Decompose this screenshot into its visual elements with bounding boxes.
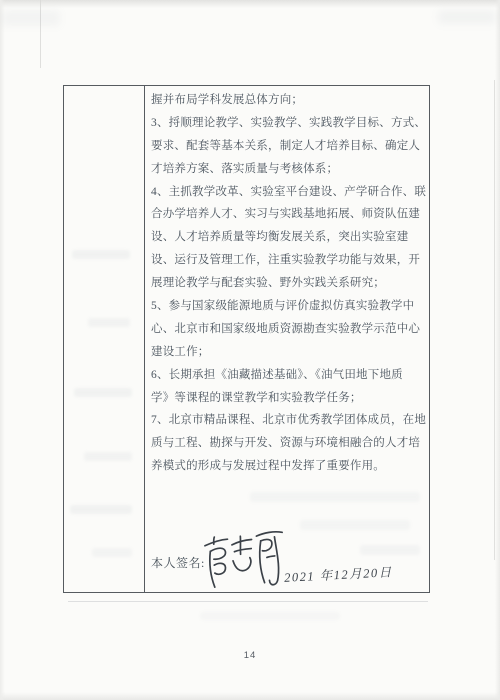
handwritten-date: 2021 年12月20日 <box>284 562 393 586</box>
content-line: 建设工作； <box>151 341 432 364</box>
form-table: 握并布局学科发展总体方向；3、捋顺理论教学、实验教学、实践教学目标、方式、要求、… <box>63 85 430 593</box>
bleed-through-artifact <box>2 10 60 26</box>
content-line: 展理论教学与配套实验、野外实践关系研究； <box>151 272 432 295</box>
content-line: 合办学培养人才、实习与实践基地拓展、师资队伍建 <box>151 203 432 226</box>
content-lines: 握并布局学科发展总体方向；3、捋顺理论教学、实验教学、实践教学目标、方式、要求、… <box>151 89 432 478</box>
scan-artifact-line <box>68 601 428 602</box>
content-line: 5、参与国家级能源地质与评价虚拟仿真实验教学中 <box>151 295 432 318</box>
content-line: 6、长期承担《油藏描述基础》、《油气田地下地质 <box>151 364 432 387</box>
content-line: 设、人才培养质量等均衡发展关系，突出实验室建 <box>151 226 432 249</box>
content-line: 学》等课程的课堂教学和实验教学任务； <box>151 387 432 410</box>
page-number: 14 <box>0 650 500 661</box>
signature-label: 本人签名: <box>151 554 205 571</box>
bleed-through-artifact <box>200 612 340 620</box>
content-line: 要求、配套等基本关系，制定人才培养目标、确定人 <box>151 135 432 158</box>
content-line: 握并布局学科发展总体方向； <box>151 89 432 112</box>
content-line: 心、北京市和国家级地质资源勘查实验教学示范中心 <box>151 318 432 341</box>
scan-artifact-line <box>494 80 495 560</box>
content-line: 质与工程、勘探与开发、资源与环境相融合的人才培 <box>151 432 432 455</box>
scan-edge-shadow-bottom <box>0 692 500 700</box>
scanned-document-page: 握并布局学科发展总体方向；3、捋顺理论教学、实验教学、实践教学目标、方式、要求、… <box>0 0 500 700</box>
scan-edge-shadow-top <box>0 0 500 8</box>
content-line: 设、运行及管理工作，注重实验教学功能与效果，开 <box>151 249 432 272</box>
handwritten-signature <box>200 526 290 594</box>
table-column-divider <box>144 86 145 592</box>
content-line: 4、主抓教学改革、实验室平台建设、产学研合作、联 <box>151 181 432 204</box>
content-line: 才培养方案、落实质量与考核体系； <box>151 158 432 181</box>
content-line: 7、北京市精品课程、北京市优秀教学团体成员，在地 <box>151 409 432 432</box>
content-line: 3、捋顺理论教学、实验教学、实践教学目标、方式、 <box>151 112 432 135</box>
scan-edge-shadow-left <box>0 0 5 700</box>
content-line: 养模式的形成与发展过程中发挥了重要作用。 <box>151 455 432 478</box>
bleed-through-artifact <box>438 10 496 24</box>
scan-edge-shadow-right <box>495 0 500 700</box>
